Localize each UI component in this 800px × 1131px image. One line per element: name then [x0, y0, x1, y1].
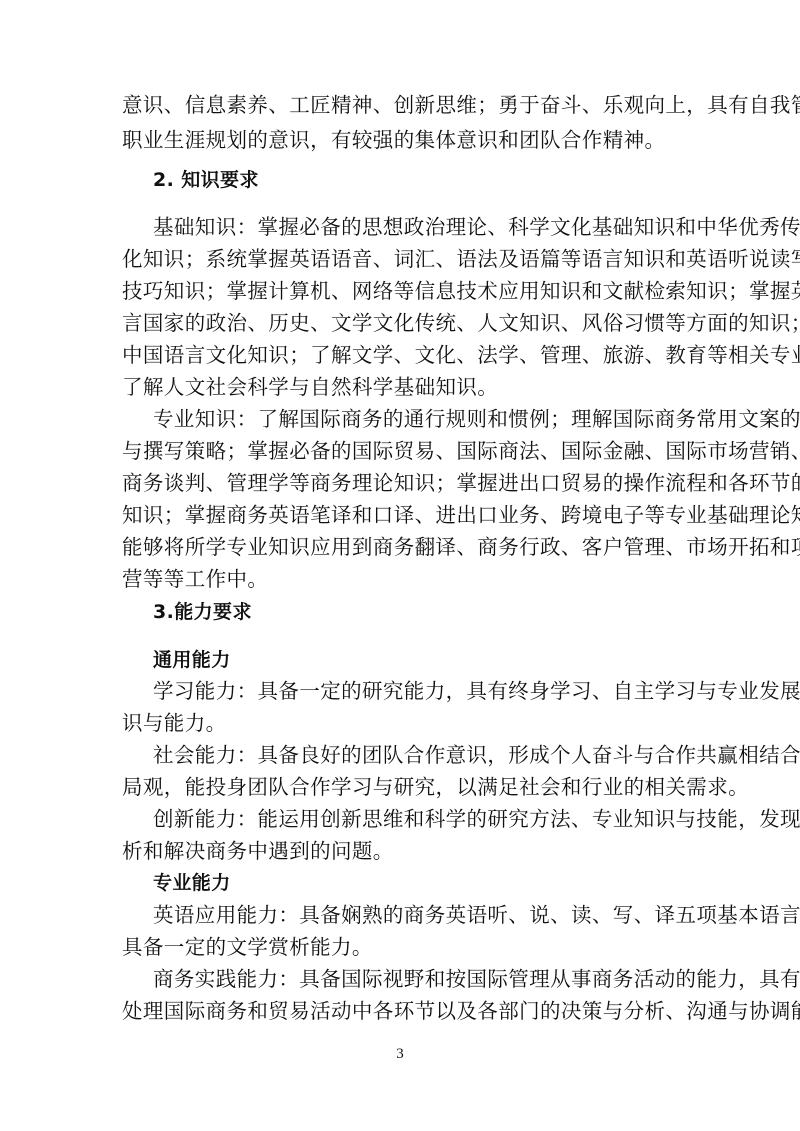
text-line: 商务谈判、管理学等商务理论知识；掌握进出口贸易的操作流程和各环节的相关 [122, 467, 678, 499]
text-line: 意识、信息素养、工匠精神、创新思维；勇于奋斗、乐观向上，具有自我管理能力、 [122, 89, 678, 121]
text-line: 中国语言文化知识；了解文学、文化、法学、管理、旅游、教育等相关专业知识； [122, 339, 678, 371]
text-line: 识与能力。 [122, 707, 678, 739]
document-page: 意识、信息素养、工匠精神、创新思维；勇于奋斗、乐观向上，具有自我管理能力、职业生… [0, 0, 800, 1131]
text-line: 商务实践能力：具备国际视野和按国际管理从事商务活动的能力，具有独立 [153, 963, 678, 995]
text-line: 言国家的政治、历史、文学文化传统、人文知识、风俗习惯等方面的知识；理解 [122, 307, 678, 339]
text-line: 化知识；系统掌握英语语音、词汇、语法及语篇等语言知识和英语听说读写译的 [122, 243, 678, 275]
text-line: 处理国际商务和贸易活动中各环节以及各部门的决策与分析、沟通与协调能力， [122, 995, 678, 1027]
section-heading: 2. 知识要求 [153, 164, 678, 196]
text-line: 具备一定的文学赏析能力。 [122, 931, 678, 963]
text-line: 基础知识：掌握必备的思想政治理论、科学文化基础知识和中华优秀传统文 [153, 211, 678, 243]
section-heading: 3.能力要求 [153, 596, 678, 628]
text-line: 学习能力：具备一定的研究能力，具有终身学习、自主学习与专业发展的意 [153, 675, 678, 707]
page-number: 3 [392, 1046, 408, 1063]
text-line: 局观，能投身团队合作学习与研究，以满足社会和行业的相关需求。 [122, 771, 678, 803]
text-line: 英语应用能力：具备娴熟的商务英语听、说、读、写、译五项基本语言技能； [153, 899, 678, 931]
text-line: 了解人文社会科学与自然科学基础知识。 [122, 371, 678, 403]
text-line: 与撰写策略；掌握必备的国际贸易、国际商法、国际金融、国际市场营销、国际 [122, 435, 678, 467]
text-line: 专业知识：了解国际商务的通行规则和惯例；理解国际商务常用文案的策划 [153, 403, 678, 435]
subsection-heading: 通用能力 [153, 644, 678, 676]
text-line: 析和解决商务中遇到的问题。 [122, 835, 678, 867]
text-line: 技巧知识；掌握计算机、网络等信息技术应用知识和文献检索知识；掌握英语语 [122, 275, 678, 307]
text-line: 知识；掌握商务英语笔译和口译、进出口业务、跨境电子等专业基础理论知识， [122, 499, 678, 531]
text-line: 社会能力：具备良好的团队合作意识，形成个人奋斗与合作共赢相结合的大 [153, 739, 678, 771]
text-line: 职业生涯规划的意识，有较强的集体意识和团队合作精神。 [122, 124, 678, 156]
text-line: 营等等工作中。 [122, 563, 678, 595]
text-line: 创新能力：能运用创新思维和科学的研究方法、专业知识与技能，发现、分 [153, 803, 678, 835]
subsection-heading: 专业能力 [153, 867, 678, 899]
text-line: 能够将所学专业知识应用到商务翻译、商务行政、客户管理、市场开拓和项目运 [122, 531, 678, 563]
